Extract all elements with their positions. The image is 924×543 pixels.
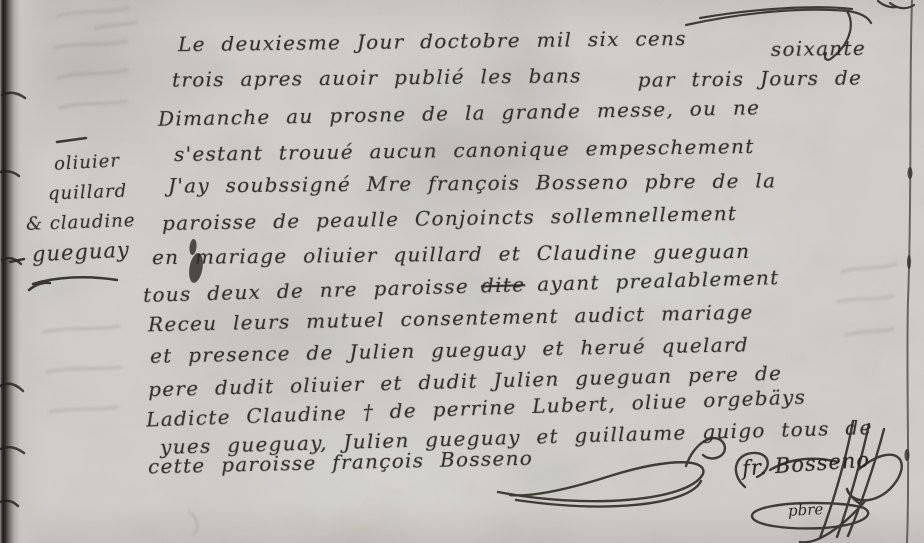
- signature-name: fr. Bosseno: [741, 448, 870, 481]
- record-line: en mariage oliuier quillard et Claudine …: [152, 239, 751, 269]
- record-line: Le deuxiesme Jour doctobre mil six censs…: [178, 24, 866, 56]
- margin-note-line: oliuier: [53, 150, 120, 174]
- signature-title: pbre: [788, 500, 824, 520]
- right-page-edge: [907, 0, 912, 543]
- record-line-text: trois apres auoir publié les bans: [172, 63, 582, 91]
- margin-note-line: gueguay: [31, 237, 130, 266]
- record-line-tail: soixante: [771, 36, 866, 61]
- record-line: s'estant trouué aucun canonique empesche…: [174, 134, 755, 166]
- struck-word: dite: [481, 272, 526, 297]
- binding-edge: [0, 0, 46, 543]
- record-line: J'ay soubssigné Mre françois Bosseno pbr…: [168, 168, 776, 197]
- record-line-text: ayant prealablement: [537, 265, 780, 296]
- margin-note-line: & claudine: [26, 210, 136, 235]
- record-line-tail: par trois Jours de: [638, 65, 863, 91]
- record-line-text: Le deuxiesme Jour doctobre mil six cens: [178, 26, 687, 56]
- record-line: Receu leurs mutuel consentement audict m…: [148, 300, 754, 337]
- right-edge-spots: [905, 167, 913, 461]
- record-line: Dimanche au prosne de la grande messe, o…: [158, 95, 761, 131]
- record-line-text: tous deux de nre paroisse: [143, 274, 470, 307]
- record-line: trois apres auoir publié les banspar tro…: [172, 60, 862, 91]
- margin-note-line: quillard: [48, 181, 128, 205]
- record-line: paroisse de peaulle Conjoincts sollemnel…: [162, 201, 738, 235]
- record-line: et presence de Julien gueguay et herué q…: [150, 332, 749, 367]
- manuscript-page: oliuier quillard & claudine gueguay Le d…: [0, 0, 924, 543]
